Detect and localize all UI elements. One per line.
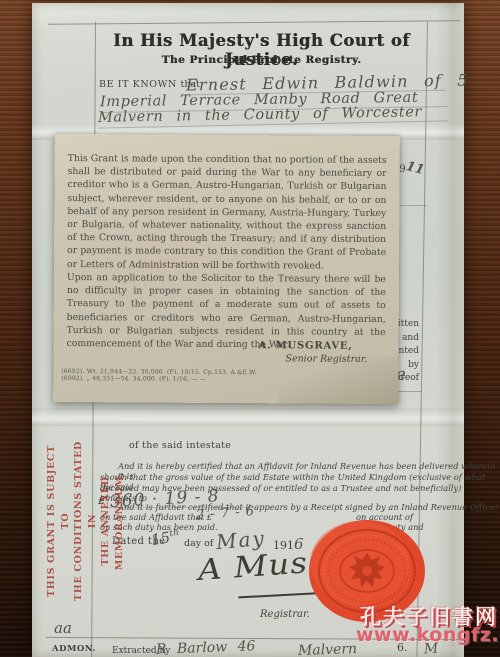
stamp-line-3: THE ANNEXED MEMORANDUM. <box>99 439 126 603</box>
memorandum-sheet: This Grant is made upon the condition th… <box>53 134 400 404</box>
intestate-line: of the said intestate <box>129 440 231 451</box>
memo-print-code-2: (6992). „ 48,351—54. 34,000. (F). 1/16. … <box>61 375 206 383</box>
year-handwritten: 11 <box>404 159 425 178</box>
conditions-stamp: THIS GRANT IS SUBJECT TO THE CONDITIONS … <box>45 439 87 603</box>
memo-signatory: A. MUSGRAVE, <box>258 340 352 352</box>
document-photo: In His Majesty's High Court of Justice. … <box>0 0 500 657</box>
watermark-url: www.kongfz.com <box>356 624 500 646</box>
day-suffix: th <box>169 528 180 539</box>
day-of-label: day of <box>184 538 213 549</box>
memo-signatory-title: Senior Registrar. <box>285 353 367 365</box>
stamp-line-1: THIS GRANT IS SUBJECT TO <box>45 439 72 603</box>
extracted-by-handwriting: R Barlow 46 <box>156 638 256 657</box>
memorandum-paragraph-1: This Grant is made upon the condition th… <box>67 152 387 273</box>
be-it-known-label: BE IT KNOWN that <box>99 79 200 90</box>
rule-right-short <box>397 205 427 206</box>
paper-right-fold <box>436 3 464 657</box>
admon-label: ADMON. <box>52 644 96 654</box>
registry-subtitle: The Principal Probate Registry. <box>95 54 428 66</box>
stamp-line-2: THE CONDITIONS STATED IN <box>72 439 99 603</box>
be-it-known-text: BE IT KNOWN <box>99 79 177 90</box>
cert2-line1: And it is further certified that it appe… <box>118 502 499 512</box>
hand-note-aa: aa <box>54 619 72 637</box>
paper-crease-middle <box>32 408 464 426</box>
registrar-label: Registrar. <box>260 609 310 620</box>
extracted-place-handwriting: Malvern <box>298 641 358 657</box>
